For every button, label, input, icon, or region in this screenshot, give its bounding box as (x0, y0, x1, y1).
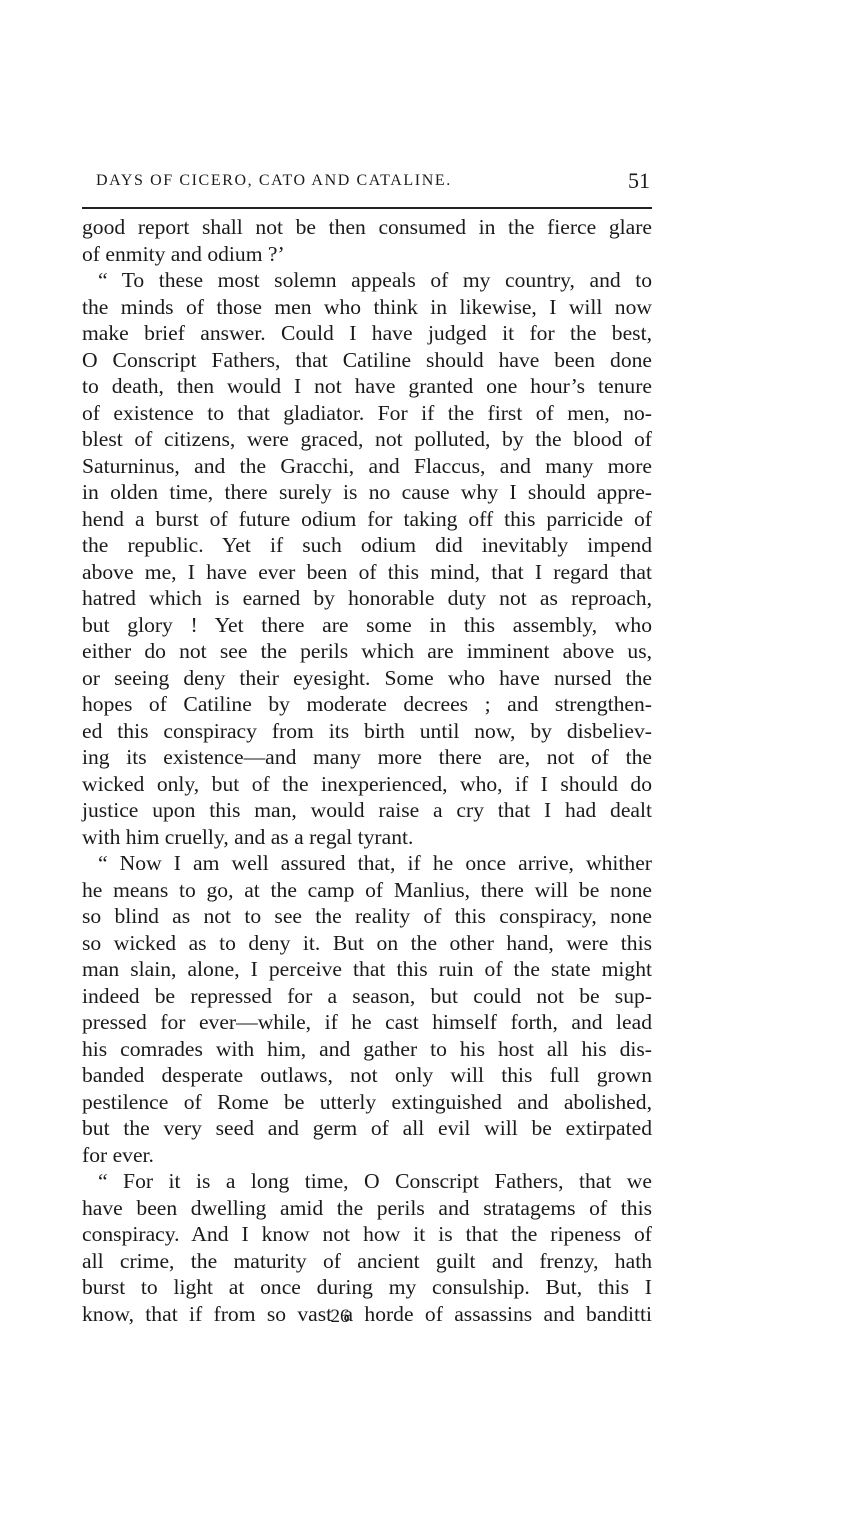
text-line: justice upon this man, would raise a cry… (82, 797, 652, 824)
page-number: 51 (628, 168, 650, 194)
text-line: of enmity and odium ?’ (82, 241, 652, 268)
text-line: above me, I have ever been of this mind,… (82, 559, 652, 586)
text-line: make brief answer. Could I have judged i… (82, 320, 652, 347)
text-line: the minds of those men who think in like… (82, 294, 652, 321)
text-line: the republic. Yet if such odium did inev… (82, 532, 652, 559)
text-line: hopes of Catiline by moderate decrees ; … (82, 691, 652, 718)
text-line: ing its existence—and many more there ar… (82, 744, 652, 771)
text-line: good report shall not be then consumed i… (82, 214, 652, 241)
text-line: in olden time, there surely is no cause … (82, 479, 652, 506)
running-title: DAYS OF CICERO, CATO AND CATALINE. (96, 172, 452, 190)
text-line: his comrades with him, and gather to his… (82, 1036, 652, 1063)
text-line: pressed for ever—while, if he cast himse… (82, 1009, 652, 1036)
text-line: conspiracy. And I know not how it is tha… (82, 1221, 652, 1248)
text-line: “ To these most solemn appeals of my cou… (82, 267, 652, 294)
text-line: or seeing deny their eyesight. Some who … (82, 665, 652, 692)
text-line: banded desperate outlaws, not only will … (82, 1062, 652, 1089)
text-line: ed this conspiracy from its birth until … (82, 718, 652, 745)
text-line: but the very seed and germ of all evil w… (82, 1115, 652, 1142)
text-line: burst to light at once during my consuls… (82, 1274, 652, 1301)
text-line: pestilence of Rome be utterly extinguish… (82, 1089, 652, 1116)
running-header: DAYS OF CICERO, CATO AND CATALINE. 51 (96, 172, 650, 202)
text-line: with him cruelly, and as a regal tyrant. (82, 824, 652, 851)
text-line: know, that if from so vast a horde of as… (82, 1301, 652, 1328)
text-line: but glory ! Yet there are some in this a… (82, 612, 652, 639)
text-line: for ever. (82, 1142, 652, 1169)
text-line: to death, then would I not have granted … (82, 373, 652, 400)
text-line: man slain, alone, I perceive that this r… (82, 956, 652, 983)
text-line: “ Now I am well assured that, if he once… (82, 850, 652, 877)
text-line: indeed be repressed for a season, but co… (82, 983, 652, 1010)
text-line: of existence to that gladiator. For if t… (82, 400, 652, 427)
book-page: DAYS OF CICERO, CATO AND CATALINE. 51 go… (0, 0, 848, 1525)
body-text: good report shall not be then consumed i… (82, 214, 652, 1327)
header-rule (82, 207, 652, 209)
text-line: all crime, the maturity of ancient guilt… (82, 1248, 652, 1275)
text-line: O Conscript Fathers, that Catiline shoul… (82, 347, 652, 374)
text-line: hend a burst of future odium for taking … (82, 506, 652, 533)
text-line: hatred which is earned by honorable duty… (82, 585, 652, 612)
text-line: he means to go, at the camp of Manlius, … (82, 877, 652, 904)
text-line: “ For it is a long time, O Conscript Fat… (82, 1168, 652, 1195)
signature-mark: 26 (320, 1306, 360, 1328)
text-line: blest of citizens, were graced, not poll… (82, 426, 652, 453)
text-line: wicked only, but of the inexperienced, w… (82, 771, 652, 798)
text-line: either do not see the perils which are i… (82, 638, 652, 665)
text-line: Saturninus, and the Gracchi, and Flaccus… (82, 453, 652, 480)
text-line: have been dwelling amid the perils and s… (82, 1195, 652, 1222)
text-line: so blind as not to see the reality of th… (82, 903, 652, 930)
text-line: so wicked as to deny it. But on the othe… (82, 930, 652, 957)
